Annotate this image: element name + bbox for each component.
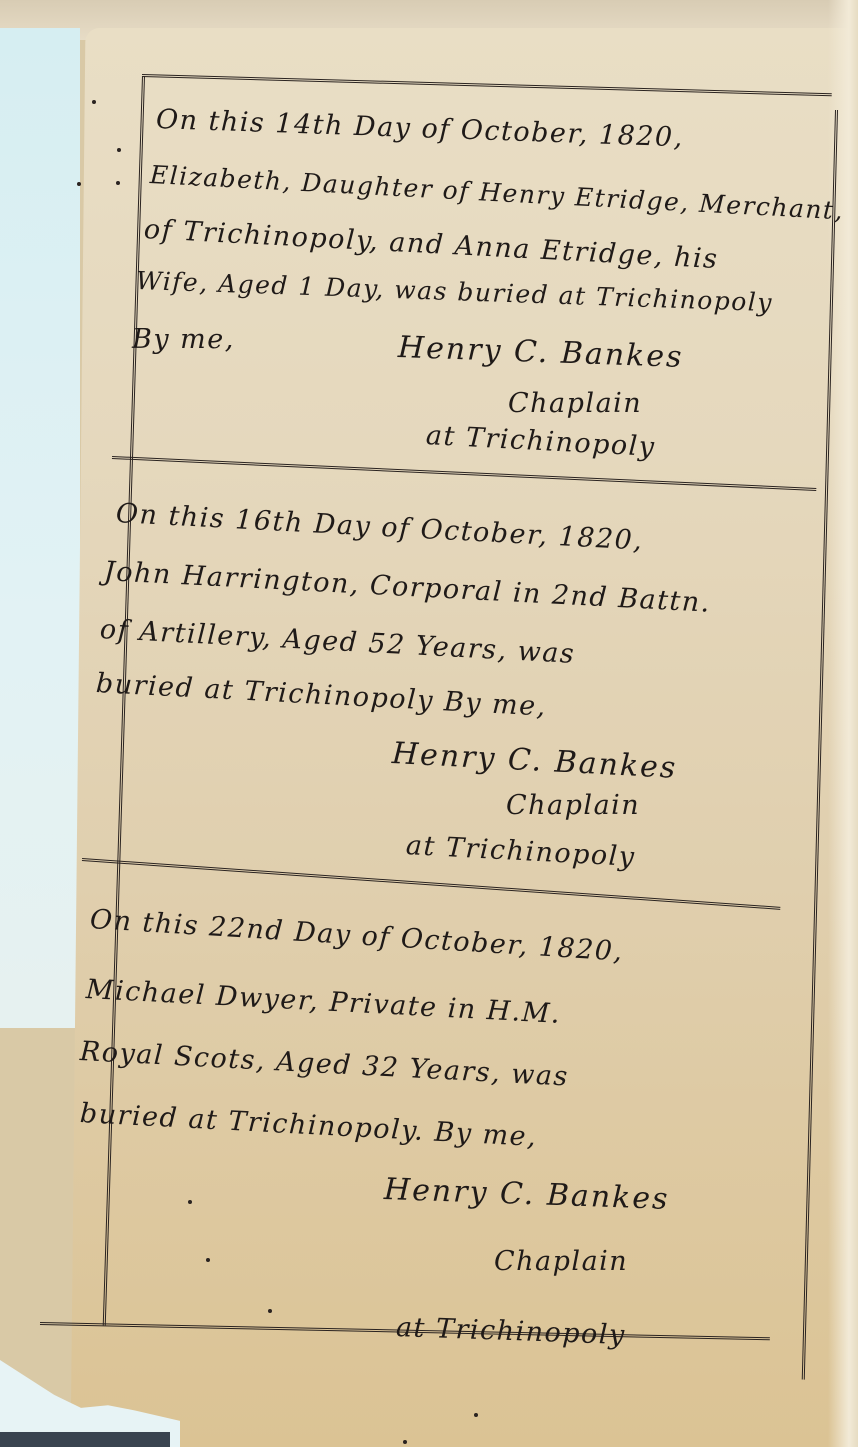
entry-1-title: Chaplain	[508, 388, 642, 419]
background-blue-card	[0, 28, 80, 1028]
pinhole-dot	[92, 100, 96, 104]
pinhole-dot	[206, 1258, 210, 1262]
pinhole-dot	[116, 181, 120, 185]
entry-3-title: Chaplain	[494, 1246, 628, 1277]
pinhole-dot	[77, 182, 81, 186]
entry-1-line-5: By me,	[132, 324, 235, 355]
background-dark-strip	[0, 1432, 170, 1447]
entry-2-title: Chaplain	[506, 790, 640, 821]
pinhole-dot	[403, 1440, 407, 1444]
pinhole-dot	[188, 1200, 192, 1204]
pinhole-dot	[117, 148, 121, 152]
pinhole-dot	[474, 1413, 478, 1417]
pinhole-dot	[268, 1309, 272, 1313]
